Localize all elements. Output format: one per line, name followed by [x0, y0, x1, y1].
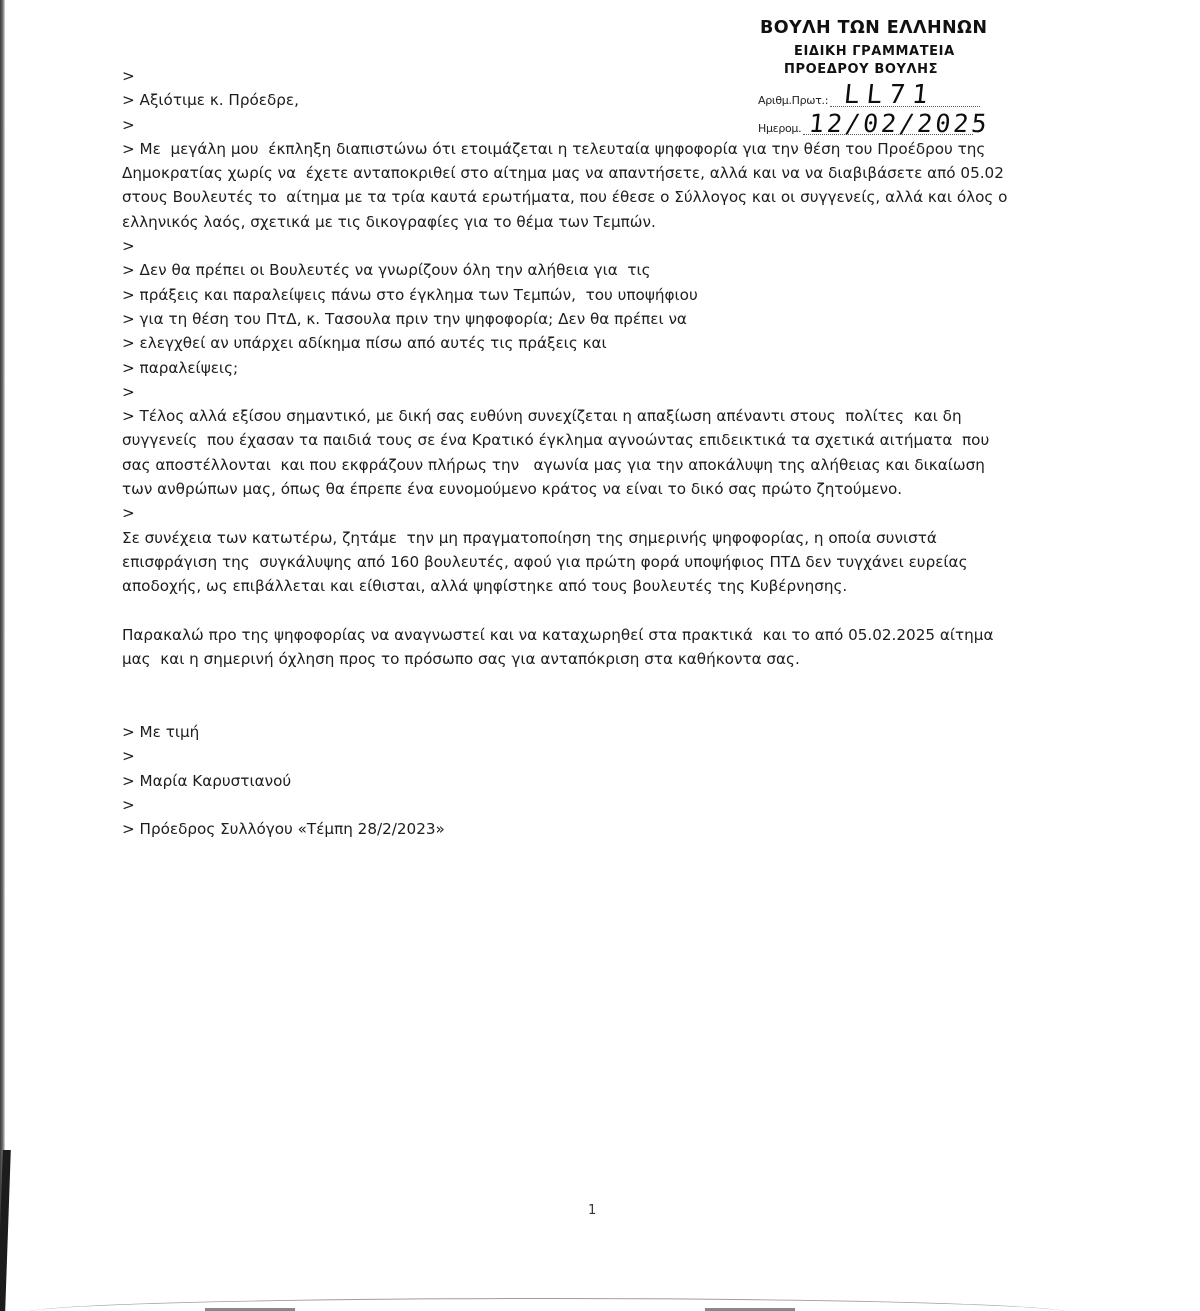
- letter-line: >: [122, 113, 1072, 137]
- letter-line: > Με μεγάλη μου έκπληξη διαπιστώνω ότι ε…: [122, 137, 1072, 161]
- letter-body: > > Αξιότιμε κ. Πρόεδρε, > > Με μεγάλη μ…: [122, 64, 1072, 842]
- letter-line: > παραλείψεις;: [122, 356, 1072, 380]
- stamp-institution: ΒΟΥΛΗ ΤΩΝ ΕΛΛΗΝΩΝ: [760, 18, 987, 38]
- salutation: > Αξιότιμε κ. Πρόεδρε,: [122, 88, 1072, 112]
- letter-line: > Δεν θα πρέπει οι Βουλευτές να γνωρίζου…: [122, 258, 1072, 282]
- signatory-name: > Μαρία Καρυστιανού: [122, 769, 1072, 793]
- letter-line: Δημοκρατίας χωρίς να έχετε ανταποκριθεί …: [122, 161, 1072, 185]
- sign-off: > Με τιμή: [122, 720, 1072, 744]
- letter-line: συγγενείς που έχασαν τα παιδιά τους σε έ…: [122, 428, 1072, 452]
- letter-line: >: [122, 234, 1072, 258]
- letter-line: στους Βουλευτές το αίτημα με τα τρία καυ…: [122, 185, 1072, 209]
- letter-line: >: [122, 380, 1072, 404]
- letter-line: > πράξεις και παραλείψεις πάνω στο έγκλη…: [122, 283, 1072, 307]
- signature-line: >: [122, 793, 1072, 817]
- letter-line: >: [122, 64, 1072, 88]
- paragraph-gap: [122, 599, 1072, 623]
- letter-line: των ανθρώπων μας, όπως θα έπρεπε ένα ευν…: [122, 477, 1072, 501]
- letter-line: σας αποστέλλονται και που εκφράζουν πλήρ…: [122, 453, 1072, 477]
- letter-line: Σε συνέχεια των κατωτέρω, ζητάμε την μη …: [122, 526, 1072, 550]
- scan-bottom-edge: [25, 1298, 1070, 1311]
- letter-line: αποδοχής, ως επιβάλλεται και είθισται, α…: [122, 574, 1072, 598]
- letter-line: ελληνικός λαός, σχετικά με τις δικογραφί…: [122, 210, 1072, 234]
- scan-left-edge: [0, 0, 5, 1311]
- signature-line: >: [122, 744, 1072, 768]
- letter-line: επισφράγιση της συγκάλυψης από 160 βουλε…: [122, 550, 1072, 574]
- closing-paragraph-line: μας και η σημερινή όχληση προς το πρόσωπ…: [122, 647, 1072, 671]
- paragraph-gap: [122, 671, 1072, 695]
- letter-line: > Τέλος αλλά εξίσου σημαντικό, με δική σ…: [122, 404, 1072, 428]
- paragraph-gap: [122, 696, 1072, 720]
- page-number: 1: [588, 1203, 596, 1218]
- letter-line: >: [122, 501, 1072, 525]
- signatory-title: > Πρόεδρος Συλλόγου «Τέμπη 28/2/2023»: [122, 817, 1072, 841]
- stamp-department-line1: ΕΙΔΙΚΗ ΓΡΑΜΜΑΤΕΙΑ: [794, 44, 955, 59]
- letter-line: > ελεγχθεί αν υπάρχει αδίκημα πίσω από α…: [122, 331, 1072, 355]
- closing-paragraph-line: Παρακαλώ προ της ψηφοφορίας να αναγνωστε…: [122, 623, 1072, 647]
- letter-line: > για τη θέση του ΠτΔ, κ. Τασουλα πριν τ…: [122, 307, 1072, 331]
